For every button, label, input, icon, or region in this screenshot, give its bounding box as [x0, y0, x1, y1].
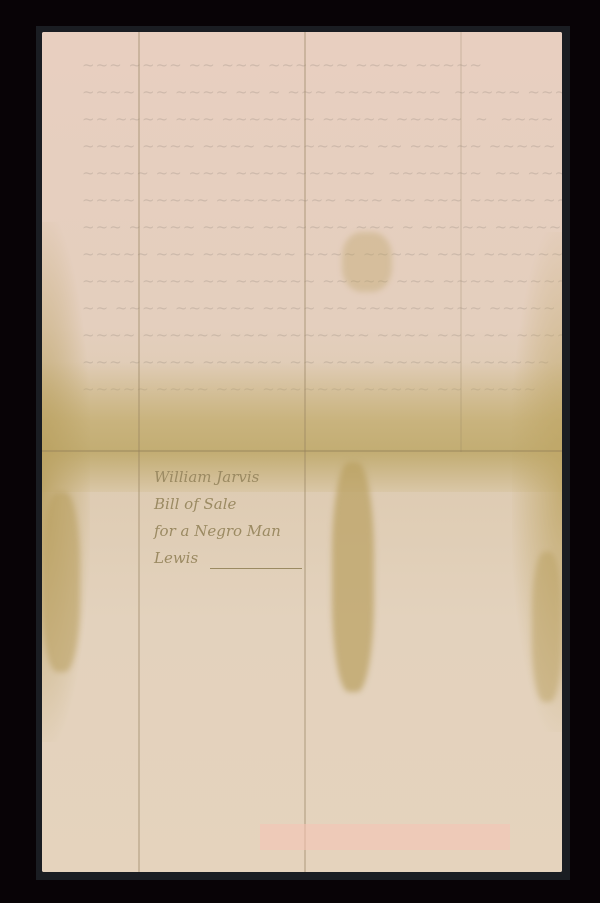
docket-line-subject: for a Negro Man: [154, 518, 304, 545]
docket-line-title: Bill of Sale: [154, 491, 304, 518]
discoloration-strip: [260, 824, 510, 850]
vertical-fold-left: [138, 32, 140, 872]
horizontal-fold: [42, 450, 562, 452]
water-stain-drip-right: [532, 552, 562, 702]
water-stain-drip-left: [42, 492, 80, 672]
water-stain-spot: [342, 232, 392, 292]
water-stain-drip: [332, 462, 374, 692]
docket-line-name: William Jarvis: [154, 464, 304, 491]
manuscript-page: ~~~ ~~~~ ~~ ~~~ ~~~~~~ ~~~~ ~~~~~ ~~~~ ~…: [42, 32, 562, 872]
docket-flourish: [210, 568, 302, 569]
vertical-fold-center: [304, 32, 306, 872]
bleed-through-text: ~~~ ~~~~ ~~ ~~~ ~~~~~~ ~~~~ ~~~~~ ~~~~ ~…: [82, 52, 542, 403]
vertical-fold-right: [460, 32, 462, 452]
docket-inscription: William Jarvis Bill of Sale for a Negro …: [154, 464, 304, 572]
